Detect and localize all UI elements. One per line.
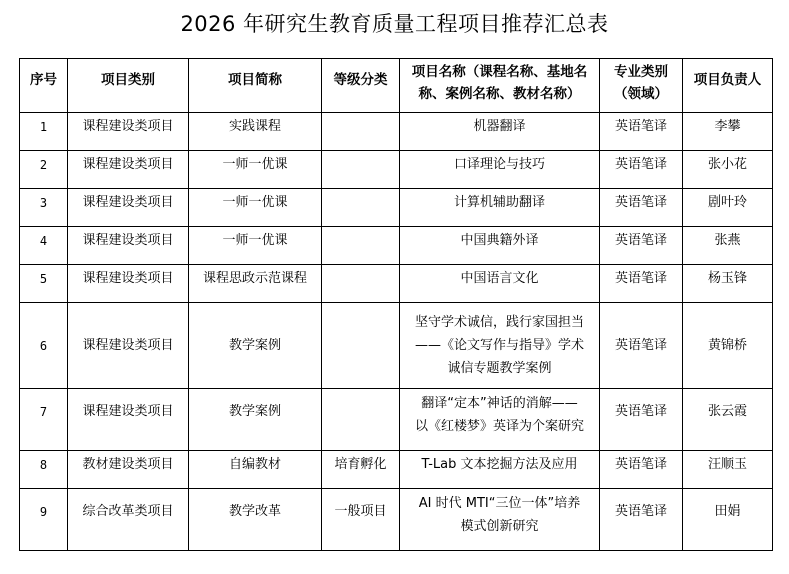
header-leader: 项目负责人 bbox=[683, 59, 773, 113]
table-row: 5 课程建设类项目 课程思政示范课程 中国语言文化 英语笔译 杨玉锋 bbox=[20, 265, 773, 303]
cell-short-name: 教学案例 bbox=[189, 303, 322, 389]
project-name-line: 中国语言文化 bbox=[404, 268, 595, 290]
cell-level bbox=[322, 303, 400, 389]
project-name-line: 机器翻译 bbox=[404, 116, 595, 138]
cell-category: 课程建设类项目 bbox=[68, 189, 189, 227]
cell-category: 课程建设类项目 bbox=[68, 389, 189, 451]
cell-leader: 剧叶玲 bbox=[683, 189, 773, 227]
project-name-line: 以《红楼梦》英译为个案研究 bbox=[404, 415, 595, 438]
cell-leader: 张燕 bbox=[683, 227, 773, 265]
cell-level bbox=[322, 113, 400, 151]
cell-major: 英语笔译 bbox=[600, 151, 683, 189]
cell-no: 1 bbox=[20, 113, 68, 151]
summary-table: 序号 项目类别 项目简称 等级分类 项目名称（课程名称、基地名 称、案例名称、教… bbox=[19, 58, 773, 551]
cell-leader: 张小花 bbox=[683, 151, 773, 189]
table-row: 3 课程建设类项目 一师一优课 计算机辅助翻译 英语笔译 剧叶玲 bbox=[20, 189, 773, 227]
cell-short-name: 实践课程 bbox=[189, 113, 322, 151]
header-major: 专业类别 （领域） bbox=[600, 59, 683, 113]
cell-category: 课程建设类项目 bbox=[68, 151, 189, 189]
header-short-name: 项目简称 bbox=[189, 59, 322, 113]
cell-short-name: 一师一优课 bbox=[189, 227, 322, 265]
header-project-name: 项目名称（课程名称、基地名 称、案例名称、教材名称） bbox=[400, 59, 600, 113]
header-major-line: （领域） bbox=[604, 83, 678, 105]
cell-level bbox=[322, 189, 400, 227]
project-name-line: AI 时代 MTI“三位一体”培养 bbox=[404, 492, 595, 515]
table-row: 6 课程建设类项目 教学案例 坚守学术诚信，践行家国担当 ——《论文写作与指导》… bbox=[20, 303, 773, 389]
cell-category: 课程建设类项目 bbox=[68, 113, 189, 151]
cell-category: 课程建设类项目 bbox=[68, 265, 189, 303]
cell-level: 培育孵化 bbox=[322, 451, 400, 489]
cell-category: 课程建设类项目 bbox=[68, 227, 189, 265]
project-name-line: T-Lab 文本挖掘方法及应用 bbox=[404, 454, 595, 476]
table-row: 8 教材建设类项目 自编教材 培育孵化 T-Lab 文本挖掘方法及应用 英语笔译… bbox=[20, 451, 773, 489]
table-row: 2 课程建设类项目 一师一优课 口译理论与技巧 英语笔译 张小花 bbox=[20, 151, 773, 189]
cell-major: 英语笔译 bbox=[600, 113, 683, 151]
cell-short-name: 自编教材 bbox=[189, 451, 322, 489]
cell-no: 8 bbox=[20, 451, 68, 489]
cell-project-name: 中国典籍外译 bbox=[400, 227, 600, 265]
cell-major: 英语笔译 bbox=[600, 451, 683, 489]
cell-project-name: 机器翻译 bbox=[400, 113, 600, 151]
cell-leader: 杨玉锋 bbox=[683, 265, 773, 303]
document-title: 2026 年研究生教育质量工程项目推荐汇总表 bbox=[0, 10, 789, 38]
project-name-line: 翻译“定本”神话的消解—— bbox=[404, 392, 595, 415]
table-row: 7 课程建设类项目 教学案例 翻译“定本”神话的消解—— 以《红楼梦》英译为个案… bbox=[20, 389, 773, 451]
cell-major: 英语笔译 bbox=[600, 189, 683, 227]
header-project-name-line: 项目名称（课程名称、基地名 bbox=[404, 61, 595, 83]
project-name-line: 诚信专题教学案例 bbox=[404, 357, 595, 380]
cell-project-name: AI 时代 MTI“三位一体”培养 模式创新研究 bbox=[400, 489, 600, 551]
cell-short-name: 课程思政示范课程 bbox=[189, 265, 322, 303]
cell-project-name: 中国语言文化 bbox=[400, 265, 600, 303]
header-project-name-line: 称、案例名称、教材名称） bbox=[404, 83, 595, 105]
cell-category: 课程建设类项目 bbox=[68, 303, 189, 389]
cell-project-name: T-Lab 文本挖掘方法及应用 bbox=[400, 451, 600, 489]
cell-project-name: 计算机辅助翻译 bbox=[400, 189, 600, 227]
cell-no: 4 bbox=[20, 227, 68, 265]
header-level: 等级分类 bbox=[322, 59, 400, 113]
cell-no: 9 bbox=[20, 489, 68, 551]
cell-level bbox=[322, 389, 400, 451]
table-row: 4 课程建设类项目 一师一优课 中国典籍外译 英语笔译 张燕 bbox=[20, 227, 773, 265]
header-row: 序号 项目类别 项目简称 等级分类 项目名称（课程名称、基地名 称、案例名称、教… bbox=[20, 59, 773, 113]
table-row: 1 课程建设类项目 实践课程 机器翻译 英语笔译 李攀 bbox=[20, 113, 773, 151]
cell-short-name: 教学案例 bbox=[189, 389, 322, 451]
cell-project-name: 坚守学术诚信，践行家国担当 ——《论文写作与指导》学术 诚信专题教学案例 bbox=[400, 303, 600, 389]
header-major-line: 专业类别 bbox=[604, 61, 678, 83]
project-name-line: 中国典籍外译 bbox=[404, 230, 595, 252]
cell-major: 英语笔译 bbox=[600, 303, 683, 389]
cell-category: 综合改革类项目 bbox=[68, 489, 189, 551]
cell-project-name: 口译理论与技巧 bbox=[400, 151, 600, 189]
cell-short-name: 一师一优课 bbox=[189, 151, 322, 189]
cell-major: 英语笔译 bbox=[600, 227, 683, 265]
cell-category: 教材建设类项目 bbox=[68, 451, 189, 489]
header-category: 项目类别 bbox=[68, 59, 189, 113]
cell-project-name: 翻译“定本”神话的消解—— 以《红楼梦》英译为个案研究 bbox=[400, 389, 600, 451]
cell-major: 英语笔译 bbox=[600, 389, 683, 451]
cell-level bbox=[322, 227, 400, 265]
table-row: 9 综合改革类项目 教学改革 一般项目 AI 时代 MTI“三位一体”培养 模式… bbox=[20, 489, 773, 551]
cell-leader: 田娟 bbox=[683, 489, 773, 551]
project-name-line: ——《论文写作与指导》学术 bbox=[404, 334, 595, 357]
cell-no: 7 bbox=[20, 389, 68, 451]
cell-major: 英语笔译 bbox=[600, 489, 683, 551]
cell-major: 英语笔译 bbox=[600, 265, 683, 303]
cell-leader: 张云霞 bbox=[683, 389, 773, 451]
cell-level bbox=[322, 151, 400, 189]
cell-level: 一般项目 bbox=[322, 489, 400, 551]
project-name-line: 口译理论与技巧 bbox=[404, 154, 595, 176]
project-name-line: 模式创新研究 bbox=[404, 515, 595, 538]
cell-level bbox=[322, 265, 400, 303]
cell-leader: 李攀 bbox=[683, 113, 773, 151]
project-name-line: 计算机辅助翻译 bbox=[404, 192, 595, 214]
project-name-line: 坚守学术诚信，践行家国担当 bbox=[404, 311, 595, 334]
header-no: 序号 bbox=[20, 59, 68, 113]
cell-leader: 汪顺玉 bbox=[683, 451, 773, 489]
cell-leader: 黄锦桥 bbox=[683, 303, 773, 389]
cell-no: 5 bbox=[20, 265, 68, 303]
cell-no: 2 bbox=[20, 151, 68, 189]
cell-short-name: 一师一优课 bbox=[189, 189, 322, 227]
cell-short-name: 教学改革 bbox=[189, 489, 322, 551]
cell-no: 3 bbox=[20, 189, 68, 227]
cell-no: 6 bbox=[20, 303, 68, 389]
